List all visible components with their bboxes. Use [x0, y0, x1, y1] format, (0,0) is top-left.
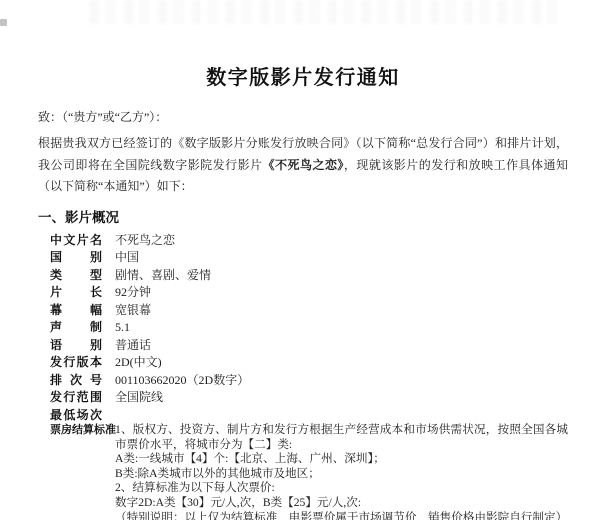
scan-artifact-band	[90, 0, 560, 24]
document-title: 数字版影片发行通知	[38, 66, 568, 90]
row-value-release-scope: 全国院线	[115, 389, 163, 407]
settlement-line-class-a: A类:一线城市【4】个:【北京、上海、广州、深圳】；	[115, 452, 568, 467]
settlement-line-special-note: （特别说明：以上仅为结算标准，电影票价属于市场调节价，销售价格由影院自行制定）	[115, 511, 568, 520]
intro-paragraph: 根据贵我双方已经签订的《数字版影片分账发行放映合同》（以下简称“总发行合同”）和…	[38, 133, 568, 198]
row-value-language: 普通话	[115, 337, 151, 355]
table-row: 国别 中国	[50, 249, 568, 267]
row-value-chinese-title: 不死鸟之恋	[115, 232, 175, 250]
document-page: 数字版影片发行通知 致：（“贵方”或“乙方”）： 根据贵我双方已经签订的《数字版…	[0, 0, 600, 520]
row-label-country: 国别	[50, 249, 102, 267]
row-label-sequence-number: 排次号	[50, 372, 102, 390]
settlement-line-class-b: B类:除A类城市以外的其他城市及地区；	[115, 467, 568, 482]
film-info-table: 中文片名 不死鸟之恋 国别 中国 类型 剧情、喜剧、爱情 片长 92分钟 幕幅 …	[50, 232, 568, 520]
film-title-bold: 《不死鸟之恋》	[263, 158, 344, 172]
row-value-runtime: 92分钟	[115, 284, 151, 302]
table-row: 语别 普通话	[50, 337, 568, 355]
table-row: 发行版本 2D(中文)	[50, 354, 568, 372]
settlement-line-prices: 数字2D:A类【30】元/人,次，B类【25】元/人,次:	[115, 496, 568, 511]
settlement-line-city-classes: 1、版权方、投资方、制片方和发行方根据生产经营成本和市场供需状况，按照全国各城市…	[115, 423, 568, 452]
row-value-release-version: 2D(中文)	[115, 354, 162, 372]
salutation-line: 致：（“贵方”或“乙方”）：	[38, 110, 568, 124]
row-value-aspect: 宽银幕	[115, 302, 151, 320]
section-heading-film-overview: 一、影片概况	[38, 209, 568, 227]
row-label-release-version: 发行版本	[50, 354, 102, 372]
row-label-sound: 声制	[50, 319, 102, 337]
row-label-minimum-screenings: 最低场次	[50, 407, 102, 425]
table-row: 类型 剧情、喜剧、爱情	[50, 267, 568, 285]
row-label-language: 语别	[50, 337, 102, 355]
settlement-standard-text: 1、版权方、投资方、制片方和发行方根据生产经营成本和市场供需状况，按照全国各城市…	[115, 423, 568, 520]
row-label-release-scope: 发行范围	[50, 389, 102, 407]
table-row: 最低场次	[50, 407, 568, 425]
document-content: 数字版影片发行通知 致：（“贵方”或“乙方”）： 根据贵我双方已经签订的《数字版…	[0, 0, 600, 520]
row-value-country: 中国	[115, 249, 139, 267]
row-value-sequence-number: 001103662020（2D数字）	[115, 372, 249, 390]
table-row-settlement-standard: 票房结算标准 1、版权方、投资方、制片方和发行方根据生产经营成本和市场供需状况，…	[50, 423, 568, 520]
table-row: 片长 92分钟	[50, 284, 568, 302]
table-row: 声制 5.1	[50, 319, 568, 337]
table-row: 排次号 001103662020（2D数字）	[50, 372, 568, 390]
table-row: 幕幅 宽银幕	[50, 302, 568, 320]
row-value-sound: 5.1	[115, 319, 130, 337]
row-label-aspect: 幕幅	[50, 302, 102, 320]
scan-artifact-speck	[0, 19, 7, 26]
table-row: 发行范围 全国院线	[50, 389, 568, 407]
row-value-genre: 剧情、喜剧、爱情	[115, 267, 211, 285]
row-label-chinese-title: 中文片名	[50, 232, 102, 250]
row-label-box-office-settlement: 票房结算标准	[50, 423, 112, 520]
row-label-runtime: 片长	[50, 284, 102, 302]
table-row: 中文片名 不死鸟之恋	[50, 232, 568, 250]
row-label-genre: 类型	[50, 267, 102, 285]
settlement-line-price-intro: 2、结算标准为以下每人次票价:	[115, 481, 568, 496]
